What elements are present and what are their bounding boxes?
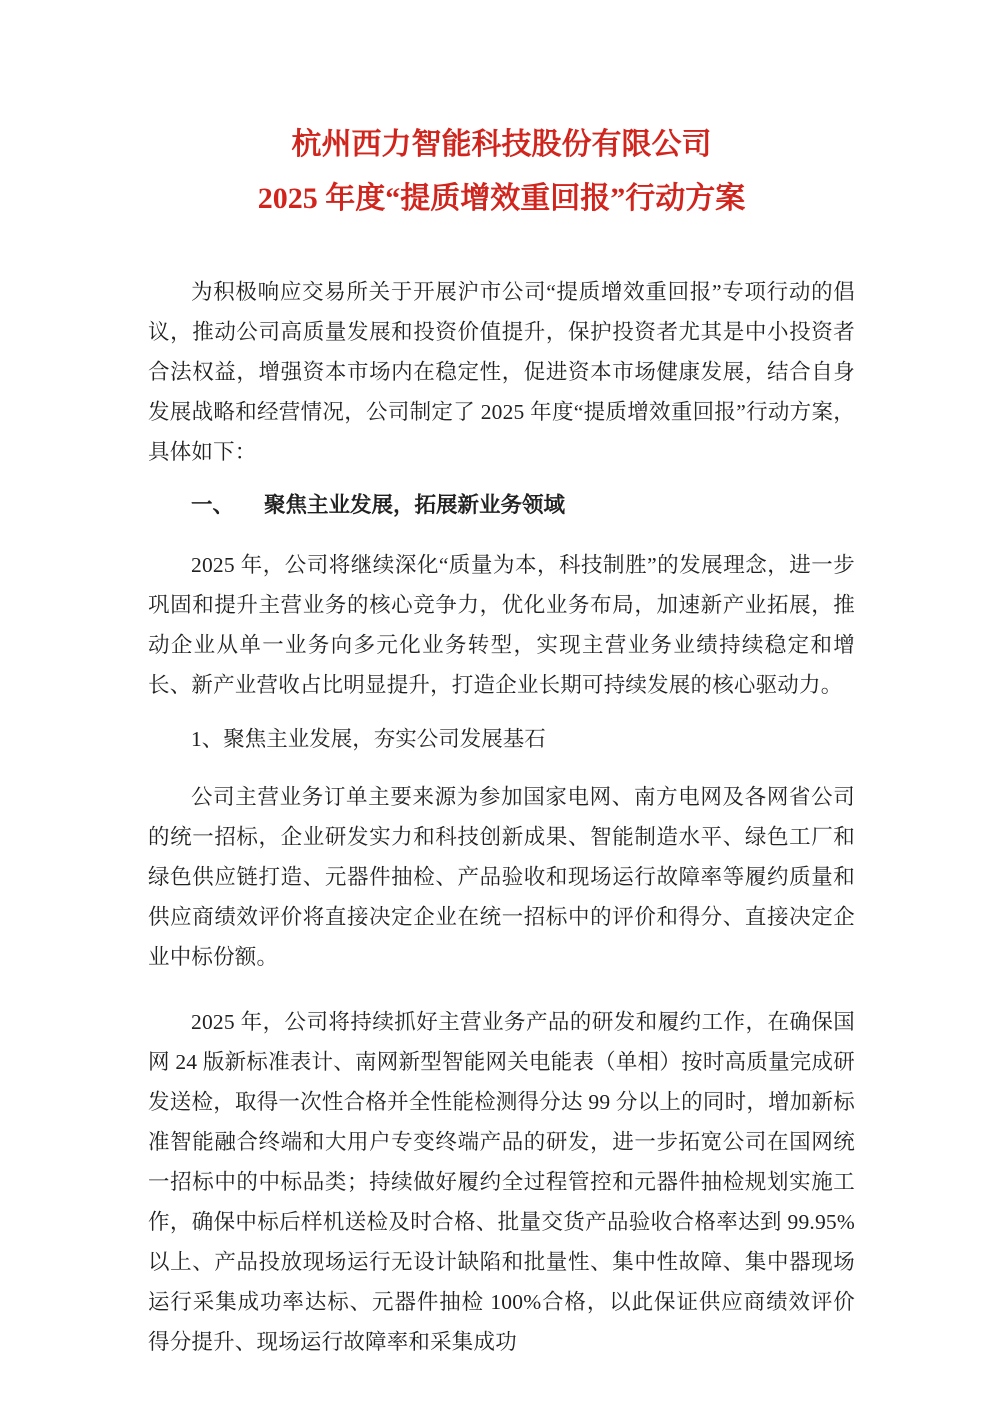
intro-paragraph: 为积极响应交易所关于开展沪市公司“提质增效重回报”专项行动的倡议，推动公司高质量… [148, 272, 855, 472]
section-1-number: 一、 [191, 493, 264, 517]
document-title: 杭州西力智能科技股份有限公司 2025 年度“提质增效重回报”行动方案 [148, 118, 855, 226]
subsection-1-paragraph-1: 公司主营业务订单主要来源为参加国家电网、南方电网及各网省公司的统一招标，企业研发… [148, 777, 855, 977]
section-1-paragraph: 2025 年，公司将继续深化“质量为本，科技制胜”的发展理念，进一步巩固和提升主… [148, 545, 855, 705]
document-title-plan: 2025 年度“提质增效重回报”行动方案 [148, 172, 855, 226]
subsection-1-paragraph-2: 2025 年，公司将持续抓好主营业务产品的研发和履约工作，在确保国网 24 版新… [148, 1002, 855, 1362]
section-1-heading: 一、聚焦主业发展，拓展新业务领域 [148, 485, 855, 525]
document-page: 杭州西力智能科技股份有限公司 2025 年度“提质增效重回报”行动方案 为积极响… [0, 0, 1000, 1414]
section-1-title: 聚焦主业发展，拓展新业务领域 [264, 493, 565, 517]
document-title-company: 杭州西力智能科技股份有限公司 [148, 118, 855, 172]
subsection-1-heading: 1、聚焦主业发展，夯实公司发展基石 [148, 719, 855, 759]
